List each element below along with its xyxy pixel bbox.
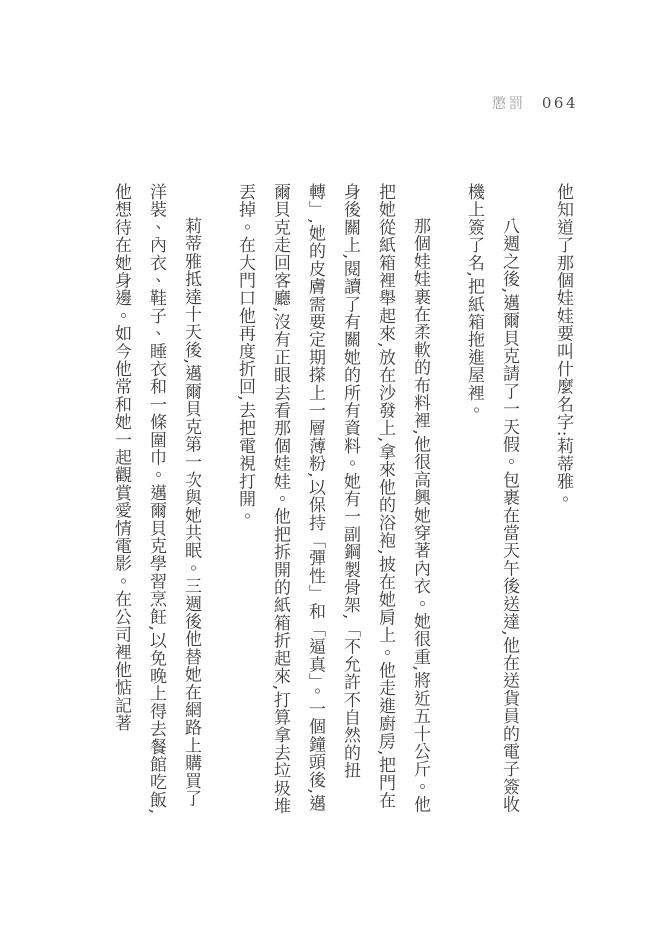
paragraph-3: 那個娃娃裹在柔軟的布料裡,他很高興她穿著內衣。她很重,將近五十公斤。他把她從紙箱… xyxy=(227,183,437,815)
book-page: 懲罰 064 他知道了那個娃娃要叫什麼名字:莉蒂雅。 八週之後,邁爾貝克請了一天… xyxy=(0,0,663,932)
running-header: 懲罰 064 xyxy=(492,93,578,113)
body-text-block: 他知道了那個娃娃要叫什麼名字:莉蒂雅。 八週之後,邁爾貝克請了一天假。包裹在當天… xyxy=(103,183,580,815)
page-number: 064 xyxy=(542,94,578,112)
paragraph-2: 八週之後,邁爾貝克請了一天假。包裹在當天午後送達,他在送貨員的電子簽收機上簽了名… xyxy=(456,183,526,815)
chapter-title: 懲罰 xyxy=(492,93,526,113)
paragraph-1: 他知道了那個娃娃要叫什麼名字:莉蒂雅。 xyxy=(545,183,580,815)
paragraph-4: 莉蒂雅抵達十天後,邁爾貝克第一次與她共眠。三週後他替她在網路上購買了洋裝、內衣、… xyxy=(103,183,208,815)
